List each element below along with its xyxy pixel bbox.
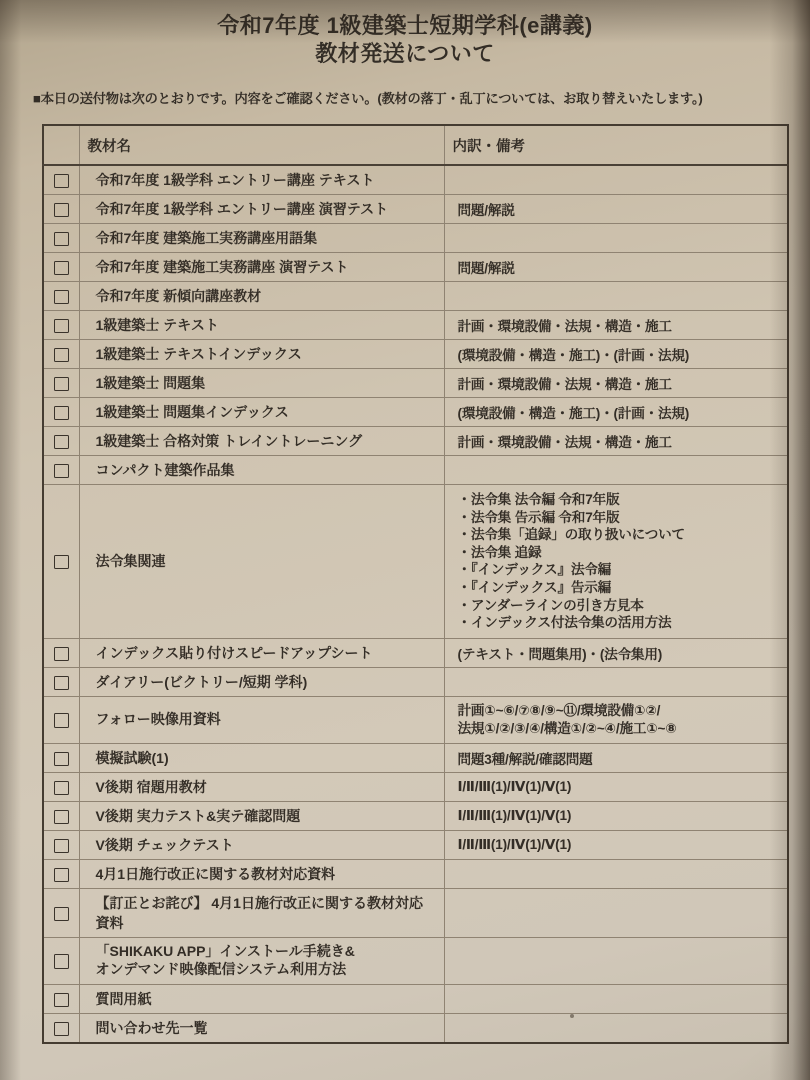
checkbox-icon: [54, 435, 69, 450]
table-row: 令和7年度 1級学科 エントリー講座 テキスト: [43, 165, 788, 195]
checkbox-icon: [54, 555, 69, 570]
checkbox-icon: [54, 464, 69, 479]
material-cell: 問い合わせ先一覧: [79, 1013, 444, 1043]
table-row: 1級建築士 合格対策 トレイントレーニング計画・環境設備・法規・構造・施工: [43, 427, 788, 456]
breakdown-cell: [444, 984, 788, 1013]
breakdown-cell: (環境設備・構造・施工)・(計画・法規): [444, 398, 788, 427]
material-column-header: 教材名: [79, 125, 444, 165]
breakdown-cell: Ⅰ/Ⅱ/Ⅲ(1)/Ⅳ(1)/Ⅴ(1): [444, 801, 788, 830]
document-title: 令和7年度 1級建築士短期学科(e講義) 教材発送について: [0, 0, 810, 68]
table-row: 令和7年度 建築施工実務講座 演習テスト問題/解説: [43, 253, 788, 282]
breakdown-cell: 計画①~⑥/⑦⑧/⑨~⑪/環境設備①②/ 法規①/②/③/④/構造①/②~④/施…: [444, 696, 788, 743]
table-row: 1級建築士 問題集計画・環境設備・法規・構造・施工: [43, 369, 788, 398]
checkbox-icon: [54, 290, 69, 305]
table-row: V後期 チェックテストⅠ/Ⅱ/Ⅲ(1)/Ⅳ(1)/Ⅴ(1): [43, 830, 788, 859]
breakdown-column-header: 内訳・備考: [444, 125, 788, 165]
shipment-notice: ■本日の送付物は次のとおりです。内容をご確認ください。(教材の落丁・乱丁について…: [33, 88, 703, 107]
checkbox-icon: [54, 377, 69, 392]
material-cell: V後期 宿題用教材: [79, 772, 444, 801]
table-row: 「SHIKAKU APP」インストール手続き& オンデマンド映像配信システム利用…: [43, 937, 788, 984]
table-row: 質問用紙: [43, 984, 788, 1013]
checkbox-icon: [54, 907, 69, 922]
checkbox-icon: [54, 319, 69, 334]
material-cell: インデックス貼り付けスピードアップシート: [79, 638, 444, 667]
breakdown-cell: 計画・環境設備・法規・構造・施工: [444, 311, 788, 340]
breakdown-cell: [444, 224, 788, 253]
checkbox-icon: [54, 839, 69, 854]
table-row: 令和7年度 新傾向講座教材: [43, 282, 788, 311]
table-row: コンパクト建築作品集: [43, 456, 788, 485]
table-row: 法令集関連・法令集 法令編 令和7年版 ・法令集 告示編 令和7年版 ・法令集「…: [43, 485, 788, 639]
checkbox-icon: [54, 348, 69, 363]
breakdown-cell: [444, 165, 788, 195]
ink-speck: [570, 1014, 574, 1018]
checkbox-icon: [54, 261, 69, 276]
material-cell: 令和7年度 建築施工実務講座用語集: [79, 224, 444, 253]
material-cell: 1級建築士 問題集インデックス: [79, 398, 444, 427]
materials-table: 教材名 内訳・備考 令和7年度 1級学科 エントリー講座 テキスト 令和7年度 …: [42, 124, 789, 1044]
table-row: 令和7年度 建築施工実務講座用語集: [43, 224, 788, 253]
table-row: V後期 実力テスト&実テ確認問題Ⅰ/Ⅱ/Ⅲ(1)/Ⅳ(1)/Ⅴ(1): [43, 801, 788, 830]
breakdown-cell: (テキスト・問題集用)・(法令集用): [444, 638, 788, 667]
material-cell: V後期 実力テスト&実テ確認問題: [79, 801, 444, 830]
document-title-line1: 令和7年度 1級建築士短期学科(e講義): [0, 12, 810, 40]
document-title-line2: 教材発送について: [0, 40, 810, 68]
breakdown-cell: [444, 456, 788, 485]
material-cell: 1級建築士 テキストインデックス: [79, 340, 444, 369]
material-cell: ダイアリー(ビクトリー/短期 学科): [79, 667, 444, 696]
breakdown-cell: Ⅰ/Ⅱ/Ⅲ(1)/Ⅳ(1)/Ⅴ(1): [444, 830, 788, 859]
table-row: 1級建築士 問題集インデックス(環境設備・構造・施工)・(計画・法規): [43, 398, 788, 427]
breakdown-cell: Ⅰ/Ⅱ/Ⅲ(1)/Ⅳ(1)/Ⅴ(1): [444, 772, 788, 801]
table-row: V後期 宿題用教材Ⅰ/Ⅱ/Ⅲ(1)/Ⅳ(1)/Ⅴ(1): [43, 772, 788, 801]
breakdown-cell: 問題3種/解説/確認問題: [444, 743, 788, 772]
breakdown-cell: [444, 859, 788, 888]
breakdown-cell: 計画・環境設備・法規・構造・施工: [444, 369, 788, 398]
breakdown-cell: 計画・環境設備・法規・構造・施工: [444, 427, 788, 456]
table-row: フォロー映像用資料計画①~⑥/⑦⑧/⑨~⑪/環境設備①②/ 法規①/②/③/④/…: [43, 696, 788, 743]
breakdown-cell: 問題/解説: [444, 195, 788, 224]
material-cell: 法令集関連: [79, 485, 444, 639]
checkbox-icon: [54, 174, 69, 189]
material-cell: 模擬試験(1): [79, 743, 444, 772]
material-cell: 【訂正とお詫び】 4月1日施行改正に関する教材対応資料: [79, 888, 444, 937]
table-row: 1級建築士 テキストインデックス(環境設備・構造・施工)・(計画・法規): [43, 340, 788, 369]
material-cell: 令和7年度 1級学科 エントリー講座 演習テスト: [79, 195, 444, 224]
material-cell: V後期 チェックテスト: [79, 830, 444, 859]
checkbox-icon: [54, 232, 69, 247]
material-cell: フォロー映像用資料: [79, 696, 444, 743]
material-cell: 令和7年度 建築施工実務講座 演習テスト: [79, 253, 444, 282]
table-row: 4月1日施行改正に関する教材対応資料: [43, 859, 788, 888]
checkbox-column-header: [43, 125, 79, 165]
table-row: 問い合わせ先一覧: [43, 1013, 788, 1043]
material-cell: 質問用紙: [79, 984, 444, 1013]
table-header-row: 教材名 内訳・備考: [43, 125, 788, 165]
material-cell: 1級建築士 テキスト: [79, 311, 444, 340]
table-row: 1級建築士 テキスト計画・環境設備・法規・構造・施工: [43, 311, 788, 340]
checkbox-icon: [54, 954, 69, 969]
material-cell: コンパクト建築作品集: [79, 456, 444, 485]
checkbox-icon: [54, 752, 69, 767]
material-cell: 令和7年度 1級学科 エントリー講座 テキスト: [79, 165, 444, 195]
breakdown-cell: ・法令集 法令編 令和7年版 ・法令集 告示編 令和7年版 ・法令集「追録」の取…: [444, 485, 788, 639]
checkbox-icon: [54, 406, 69, 421]
breakdown-cell: [444, 888, 788, 937]
material-cell: 「SHIKAKU APP」インストール手続き& オンデマンド映像配信システム利用…: [79, 937, 444, 984]
material-cell: 1級建築士 合格対策 トレイントレーニング: [79, 427, 444, 456]
table-row: 【訂正とお詫び】 4月1日施行改正に関する教材対応資料: [43, 888, 788, 937]
breakdown-cell: 問題/解説: [444, 253, 788, 282]
table-row: 令和7年度 1級学科 エントリー講座 演習テスト問題/解説: [43, 195, 788, 224]
breakdown-cell: (環境設備・構造・施工)・(計画・法規): [444, 340, 788, 369]
checkbox-icon: [54, 993, 69, 1008]
breakdown-cell: [444, 937, 788, 984]
breakdown-cell: [444, 282, 788, 311]
checkbox-icon: [54, 676, 69, 691]
checkbox-icon: [54, 713, 69, 728]
table-row: ダイアリー(ビクトリー/短期 学科): [43, 667, 788, 696]
breakdown-cell: [444, 1013, 788, 1043]
breakdown-cell: [444, 667, 788, 696]
material-cell: 令和7年度 新傾向講座教材: [79, 282, 444, 311]
material-cell: 1級建築士 問題集: [79, 369, 444, 398]
checkbox-icon: [54, 810, 69, 825]
checkbox-icon: [54, 647, 69, 662]
checkbox-icon: [54, 781, 69, 796]
table-row: インデックス貼り付けスピードアップシート(テキスト・問題集用)・(法令集用): [43, 638, 788, 667]
checkbox-icon: [54, 203, 69, 218]
table-row: 模擬試験(1)問題3種/解説/確認問題: [43, 743, 788, 772]
checkbox-icon: [54, 1022, 69, 1037]
material-cell: 4月1日施行改正に関する教材対応資料: [79, 859, 444, 888]
checkbox-icon: [54, 868, 69, 883]
